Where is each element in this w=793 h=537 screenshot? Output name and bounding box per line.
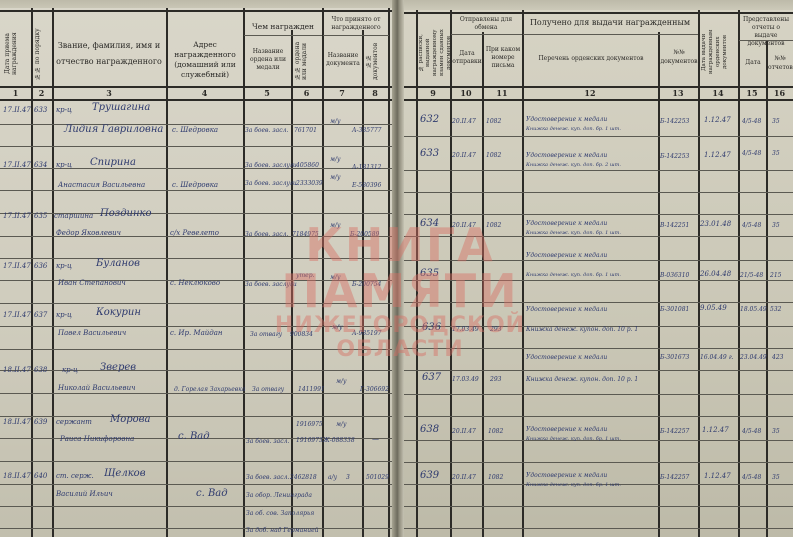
row-issue-date: 26.04.48 bbox=[700, 270, 731, 278]
row-award: За доб. над Германией bbox=[246, 527, 319, 534]
row-receipt-no: 638 bbox=[420, 424, 439, 435]
row-sent-date: 20.II.47 bbox=[452, 118, 476, 125]
row-date: 17.II.47 bbox=[3, 311, 31, 319]
row-doc-name: м/у bbox=[330, 118, 340, 125]
row-rank: кр-ц bbox=[56, 161, 72, 169]
row-award: За боев. засл. bbox=[246, 438, 289, 445]
row-rule bbox=[0, 528, 398, 529]
row-address: с. Вад bbox=[196, 488, 228, 499]
row-docs-item: Удостоверение к медали bbox=[526, 306, 607, 313]
row-receipt-no: 636 bbox=[422, 322, 441, 333]
row-award-note: утер. bbox=[296, 272, 314, 279]
row-doc-no: Е-580396 bbox=[352, 182, 381, 189]
header-award-no: №№ ордена или медали bbox=[294, 40, 320, 82]
row-date: 18.II.47 bbox=[3, 472, 31, 480]
col-number: 10 bbox=[450, 88, 482, 98]
row-doc-no: А-385777 bbox=[352, 127, 381, 134]
row-doc-name: м/у bbox=[336, 378, 346, 385]
row-award: За боев. заслуги bbox=[245, 180, 297, 187]
row-rule bbox=[398, 370, 793, 371]
row-award: За боев. засл. bbox=[246, 474, 289, 481]
ledger-spread: Дата приема награждения №№ по порядку Зв… bbox=[0, 0, 793, 537]
row-rule bbox=[0, 146, 398, 147]
col-number: 3 bbox=[52, 88, 166, 98]
row-report-date: 4/5-48 bbox=[742, 222, 761, 229]
header-rule bbox=[0, 99, 398, 101]
header-address: Адрес награжденного (домашний или служеб… bbox=[170, 40, 240, 80]
row-receipt-no: 635 bbox=[420, 268, 439, 279]
col-number: 6 bbox=[291, 88, 322, 98]
row-doc-no: Г-306692 bbox=[360, 386, 389, 393]
row-letter-no: 1082 bbox=[486, 222, 501, 229]
row-address: с. Ир. Майдан bbox=[170, 329, 222, 337]
row-rule bbox=[398, 302, 793, 303]
row-address: с. Шедровка bbox=[172, 126, 218, 134]
row-sent-date: 20.II.47 bbox=[452, 428, 476, 435]
row-given-names: Анастасия Васильевна bbox=[58, 181, 145, 189]
row-docs-item: Книжка денеж. куп. доп. бр. 1 шт. bbox=[526, 126, 621, 132]
row-doc-name: м/у bbox=[336, 421, 346, 428]
row-receipt-no: 639 bbox=[420, 470, 439, 481]
row-issue-date: 23.01.48 bbox=[700, 220, 731, 228]
row-rank: старшина bbox=[54, 212, 93, 220]
row-docs-no: Б-142253 bbox=[660, 153, 689, 160]
row-date: 18.II.47 bbox=[3, 418, 31, 426]
col-number: 13 bbox=[658, 88, 698, 98]
col-number: 8 bbox=[362, 88, 388, 98]
row-seq-no: 638 bbox=[34, 366, 47, 374]
row-given-names: Федор Яковлевич bbox=[56, 229, 121, 237]
row-award: За боев. заслуги bbox=[245, 162, 297, 169]
row-doc-no: Б-200589 bbox=[350, 231, 379, 238]
row-issue-date: 1.12.47 bbox=[704, 472, 731, 480]
top-rule bbox=[0, 10, 398, 12]
row-issue-date: 9.05.49 bbox=[700, 304, 727, 312]
row-rule bbox=[0, 393, 398, 394]
header-group-sent: Отправлены для обмена bbox=[452, 16, 520, 32]
row-rule bbox=[398, 394, 793, 395]
row-rule bbox=[398, 348, 793, 349]
col-number: 16 bbox=[766, 88, 793, 98]
row-rule bbox=[0, 303, 398, 304]
row-report-no: 35 bbox=[772, 428, 780, 435]
row-rank: кр-ц bbox=[62, 366, 78, 374]
header-receipt-no: № расписки, выданной награжденному взаме… bbox=[418, 20, 448, 86]
row-sent-date: 17.03.49 bbox=[452, 376, 479, 383]
row-date: 17.II.47 bbox=[3, 161, 31, 169]
left-page: Дата приема награждения №№ по порядку Зв… bbox=[0, 8, 398, 537]
row-given-names: Раиса Никифоровна bbox=[60, 435, 134, 443]
row-letter-no: 1082 bbox=[488, 474, 503, 481]
row-rank: кр-ц bbox=[56, 311, 72, 319]
right-page: № расписки, выданной награжденному взаме… bbox=[398, 10, 793, 537]
header-doc-no: №№ документов bbox=[365, 40, 385, 82]
header-doc-name: Название документа bbox=[324, 52, 362, 68]
row-report-no: 423 bbox=[772, 354, 783, 361]
row-award: За обор. Ленинграда bbox=[246, 492, 312, 499]
row-docs-item: Удостоверение к медали bbox=[526, 252, 607, 259]
row-doc-extra: — bbox=[372, 435, 379, 443]
row-rule bbox=[0, 349, 398, 350]
row-docs-no: Б-142257 bbox=[660, 428, 689, 435]
col-number: 7 bbox=[322, 88, 362, 98]
row-docs-no: В-142251 bbox=[660, 222, 689, 229]
header-name: Звание, фамилия, имя и отчество награжде… bbox=[56, 38, 162, 70]
row-issue-date: 1.12.47 bbox=[704, 151, 731, 159]
row-letter-no: 293 bbox=[490, 326, 501, 333]
row-date: 17.II.47 bbox=[3, 106, 31, 114]
row-receipt-no: 633 bbox=[420, 148, 439, 159]
row-surname: Поздинко bbox=[100, 208, 152, 219]
row-letter-no: 1082 bbox=[486, 118, 501, 125]
header-rule bbox=[523, 34, 698, 35]
row-sent-date: 17.03.49 bbox=[452, 326, 479, 333]
row-report-date: 4/5-48 bbox=[742, 118, 761, 125]
row-address: с. Шедровка bbox=[172, 181, 218, 189]
col-number: 12 bbox=[522, 88, 658, 98]
row-seq-no: 633 bbox=[34, 106, 47, 114]
header-seq-no: №№ по порядку bbox=[34, 24, 50, 84]
row-doc-no: Ж-088338 bbox=[323, 437, 355, 444]
row-receipt-no: 632 bbox=[420, 114, 439, 125]
row-rule bbox=[398, 280, 793, 281]
row-rule bbox=[0, 190, 398, 191]
row-surname: Зверев bbox=[100, 362, 136, 373]
row-docs-item: Удостоверение к медали bbox=[526, 472, 607, 479]
row-surname: Кокурин bbox=[96, 307, 141, 318]
row-sent-date: 20.II.47 bbox=[452, 474, 476, 481]
row-docs-item: Удостоверение к медали bbox=[526, 116, 607, 123]
row-docs-item: Удостоверение к медали bbox=[526, 152, 607, 159]
row-address: с. Вад bbox=[178, 431, 210, 442]
row-date: 18.II.47 bbox=[3, 366, 31, 374]
header-rule bbox=[323, 35, 389, 36]
row-rule bbox=[398, 214, 793, 215]
row-rule bbox=[0, 416, 398, 417]
book-spine bbox=[392, 0, 404, 537]
row-report-no: 215 bbox=[770, 272, 781, 279]
row-surname: Трушагина bbox=[92, 102, 150, 113]
col-number: 4 bbox=[166, 88, 243, 98]
row-rule bbox=[398, 528, 793, 529]
row-docs-item: Книжка денеж. куп. доп. бр. 1 шт. bbox=[526, 482, 621, 488]
row-docs-item: Книжка денеж. куп. доп. бр. 1 шт. bbox=[526, 436, 621, 442]
row-doc-no: 501029 bbox=[366, 474, 389, 481]
row-award-no: 1916973 bbox=[296, 437, 323, 444]
row-rule bbox=[398, 192, 793, 193]
row-rank: кр-ц bbox=[56, 262, 72, 270]
row-doc-no: Б-200754 bbox=[352, 281, 381, 288]
header-letter-no: При каком номере письма bbox=[484, 46, 522, 70]
header-rule bbox=[398, 99, 793, 101]
row-docs-no: Б-142253 bbox=[660, 118, 689, 125]
col-number: 9 bbox=[416, 88, 450, 98]
row-doc-qty: 3 bbox=[346, 474, 350, 481]
col-number: 1 bbox=[0, 88, 31, 98]
row-report-date: 18.05.49 bbox=[740, 306, 767, 313]
header-issue-date: Дата выдачи награжденным орденских докум… bbox=[701, 20, 735, 84]
row-surname: Буланов bbox=[96, 258, 140, 269]
row-award-no: 761701 bbox=[294, 127, 317, 134]
row-sent-date: 20.II.47 bbox=[452, 152, 476, 159]
row-award-no: 900834 bbox=[290, 331, 313, 338]
header-docs-list: Перечень орденских документов bbox=[524, 54, 658, 63]
row-docs-item: Книжка денеж. куп. доп. бр. 1 шт. bbox=[526, 272, 621, 278]
header-group-report: Представлены отчеты о выдаче документов bbox=[740, 16, 792, 48]
row-letter-no: 1082 bbox=[488, 428, 503, 435]
row-rule bbox=[0, 506, 398, 507]
row-seq-no: 634 bbox=[34, 161, 47, 169]
row-issue-date: 1.12.47 bbox=[704, 116, 731, 124]
row-rule bbox=[398, 416, 793, 417]
row-award-no: 7184975 bbox=[292, 231, 319, 238]
col-number: 14 bbox=[698, 88, 738, 98]
row-doc-no: А-985197 bbox=[352, 330, 381, 337]
row-given-names: Павел Васильевич bbox=[58, 329, 126, 337]
row-doc-name: м/у bbox=[330, 274, 340, 281]
header-rule bbox=[739, 40, 793, 41]
header-rule bbox=[451, 34, 522, 35]
row-doc-name: а/у bbox=[328, 474, 337, 481]
row-rule bbox=[398, 236, 793, 237]
row-report-date: 4/5-48 bbox=[742, 150, 761, 157]
row-rule bbox=[398, 506, 793, 507]
row-issue-date: 1.12.47 bbox=[702, 426, 729, 434]
header-award-name: Название ордена или медали bbox=[246, 48, 290, 72]
row-report-no: 35 bbox=[772, 474, 780, 481]
row-doc-name: м/у bbox=[330, 222, 340, 229]
row-docs-no: В-036310 bbox=[660, 272, 689, 279]
row-docs-item: Удостоверение к медали bbox=[526, 354, 607, 361]
row-rule bbox=[398, 170, 793, 171]
header-sent-date: Дата отправки bbox=[452, 50, 482, 66]
row-award: За боев. засл. bbox=[245, 127, 288, 134]
row-docs-no: Б-301081 bbox=[660, 306, 689, 313]
row-surname: Спирина bbox=[90, 157, 136, 168]
row-docs-item: Удостоверение к медали bbox=[526, 220, 607, 227]
row-award: За боев. заслуги bbox=[245, 281, 297, 288]
row-report-no: 35 bbox=[772, 150, 780, 157]
row-given-names: Иван Степанович bbox=[58, 279, 126, 287]
row-seq-no: 636 bbox=[34, 262, 47, 270]
row-doc-name: м/у bbox=[332, 324, 342, 331]
row-seq-no: 637 bbox=[34, 311, 47, 319]
row-docs-item: Удостоверение к медали bbox=[526, 426, 607, 433]
header-report-date: Дата bbox=[740, 58, 766, 67]
row-given-names: Василий Ильич bbox=[56, 490, 113, 498]
col-number: 11 bbox=[482, 88, 522, 98]
row-doc-name: м/у bbox=[330, 174, 340, 181]
row-rank: ст. серж. bbox=[56, 472, 94, 480]
row-docs-no: Б-142257 bbox=[660, 474, 689, 481]
header-group-received: Получено для выдачи награжденным bbox=[524, 18, 696, 27]
row-doc-name: м/у bbox=[330, 156, 340, 163]
col-number: 15 bbox=[738, 88, 766, 98]
header-rule bbox=[244, 35, 322, 36]
row-rank: сержант bbox=[56, 418, 92, 426]
row-award: За об. сов. Заполярья bbox=[246, 510, 314, 517]
row-report-date: 23.04.49 bbox=[740, 354, 767, 361]
row-docs-no: Б-301673 bbox=[660, 354, 689, 361]
row-rule bbox=[0, 258, 398, 259]
row-award-no: 1916975 bbox=[296, 421, 323, 428]
row-rule bbox=[398, 462, 793, 463]
row-award-no: 2333039 bbox=[296, 180, 323, 187]
row-letter-no: 293 bbox=[490, 376, 501, 383]
row-rule bbox=[0, 370, 398, 371]
row-rule bbox=[398, 260, 793, 261]
row-report-date: 21/5-48 bbox=[740, 272, 763, 279]
row-date: 17.II.47 bbox=[3, 212, 31, 220]
row-address: д. Горелая Захарьевка bbox=[174, 386, 245, 393]
row-award: За отвагу bbox=[252, 386, 284, 393]
row-docs-item: Книжка денеж. куп. доп. бр. 2 шт. bbox=[526, 162, 621, 168]
row-award-no: 2462818 bbox=[290, 474, 317, 481]
header-date-received: Дата приема награждения bbox=[4, 24, 28, 84]
row-receipt-no: 634 bbox=[420, 218, 439, 229]
header-group-award: Чем награжден bbox=[246, 22, 320, 31]
row-given-names: Николай Васильевич bbox=[58, 384, 135, 392]
row-sent-date: 20.II.47 bbox=[452, 222, 476, 229]
col-number: 2 bbox=[31, 88, 52, 98]
row-report-no: 35 bbox=[772, 222, 780, 229]
row-address: с/х Ревелето bbox=[170, 229, 219, 237]
row-rank: кр-ц bbox=[56, 106, 72, 114]
row-surname: Морова bbox=[110, 414, 150, 425]
row-rule bbox=[398, 136, 793, 137]
row-date: 17.II.47 bbox=[3, 262, 31, 270]
row-seq-no: 640 bbox=[34, 472, 47, 480]
row-letter-no: 1082 bbox=[486, 152, 501, 159]
header-group-taken: Что принято от награжденного bbox=[325, 16, 387, 32]
row-award-no: 405860 bbox=[296, 162, 319, 169]
row-rule bbox=[0, 484, 398, 485]
row-given-names: Лидия Гавриловна bbox=[64, 124, 163, 135]
row-address: с. Неклюково bbox=[170, 279, 220, 287]
row-doc-no: А-181312 bbox=[352, 164, 381, 171]
row-award-no: 1411991 bbox=[298, 386, 325, 393]
row-rule bbox=[0, 461, 398, 462]
row-docs-item: Книжка денеж. куп. доп. бр. 1 шт. bbox=[526, 230, 621, 236]
row-receipt-no: 637 bbox=[422, 372, 441, 383]
row-surname: Щелков bbox=[104, 468, 146, 479]
row-report-date: 4/5-48 bbox=[742, 474, 761, 481]
row-seq-no: 639 bbox=[34, 418, 47, 426]
row-seq-no: 635 bbox=[34, 212, 47, 220]
row-report-no: 35 bbox=[772, 118, 780, 125]
row-award: За отвагу bbox=[250, 331, 282, 338]
row-docs-item: Книжка денеж. купон. доп. 10 р. 1 bbox=[526, 376, 638, 383]
row-award: За боев. засл. bbox=[245, 231, 288, 238]
row-report-no: 532 bbox=[770, 306, 781, 313]
row-issue-date: 16.04.49 г. bbox=[700, 354, 734, 361]
header-report-no: №№ отчетов bbox=[768, 54, 792, 72]
row-report-date: 4/5-48 bbox=[742, 428, 761, 435]
top-rule bbox=[398, 12, 793, 14]
header-docs-no: №№ документов bbox=[660, 48, 698, 66]
col-number: 5 bbox=[243, 88, 291, 98]
row-docs-item: Книжка денеж. купон. доп. 10 р. 1 bbox=[526, 326, 638, 333]
